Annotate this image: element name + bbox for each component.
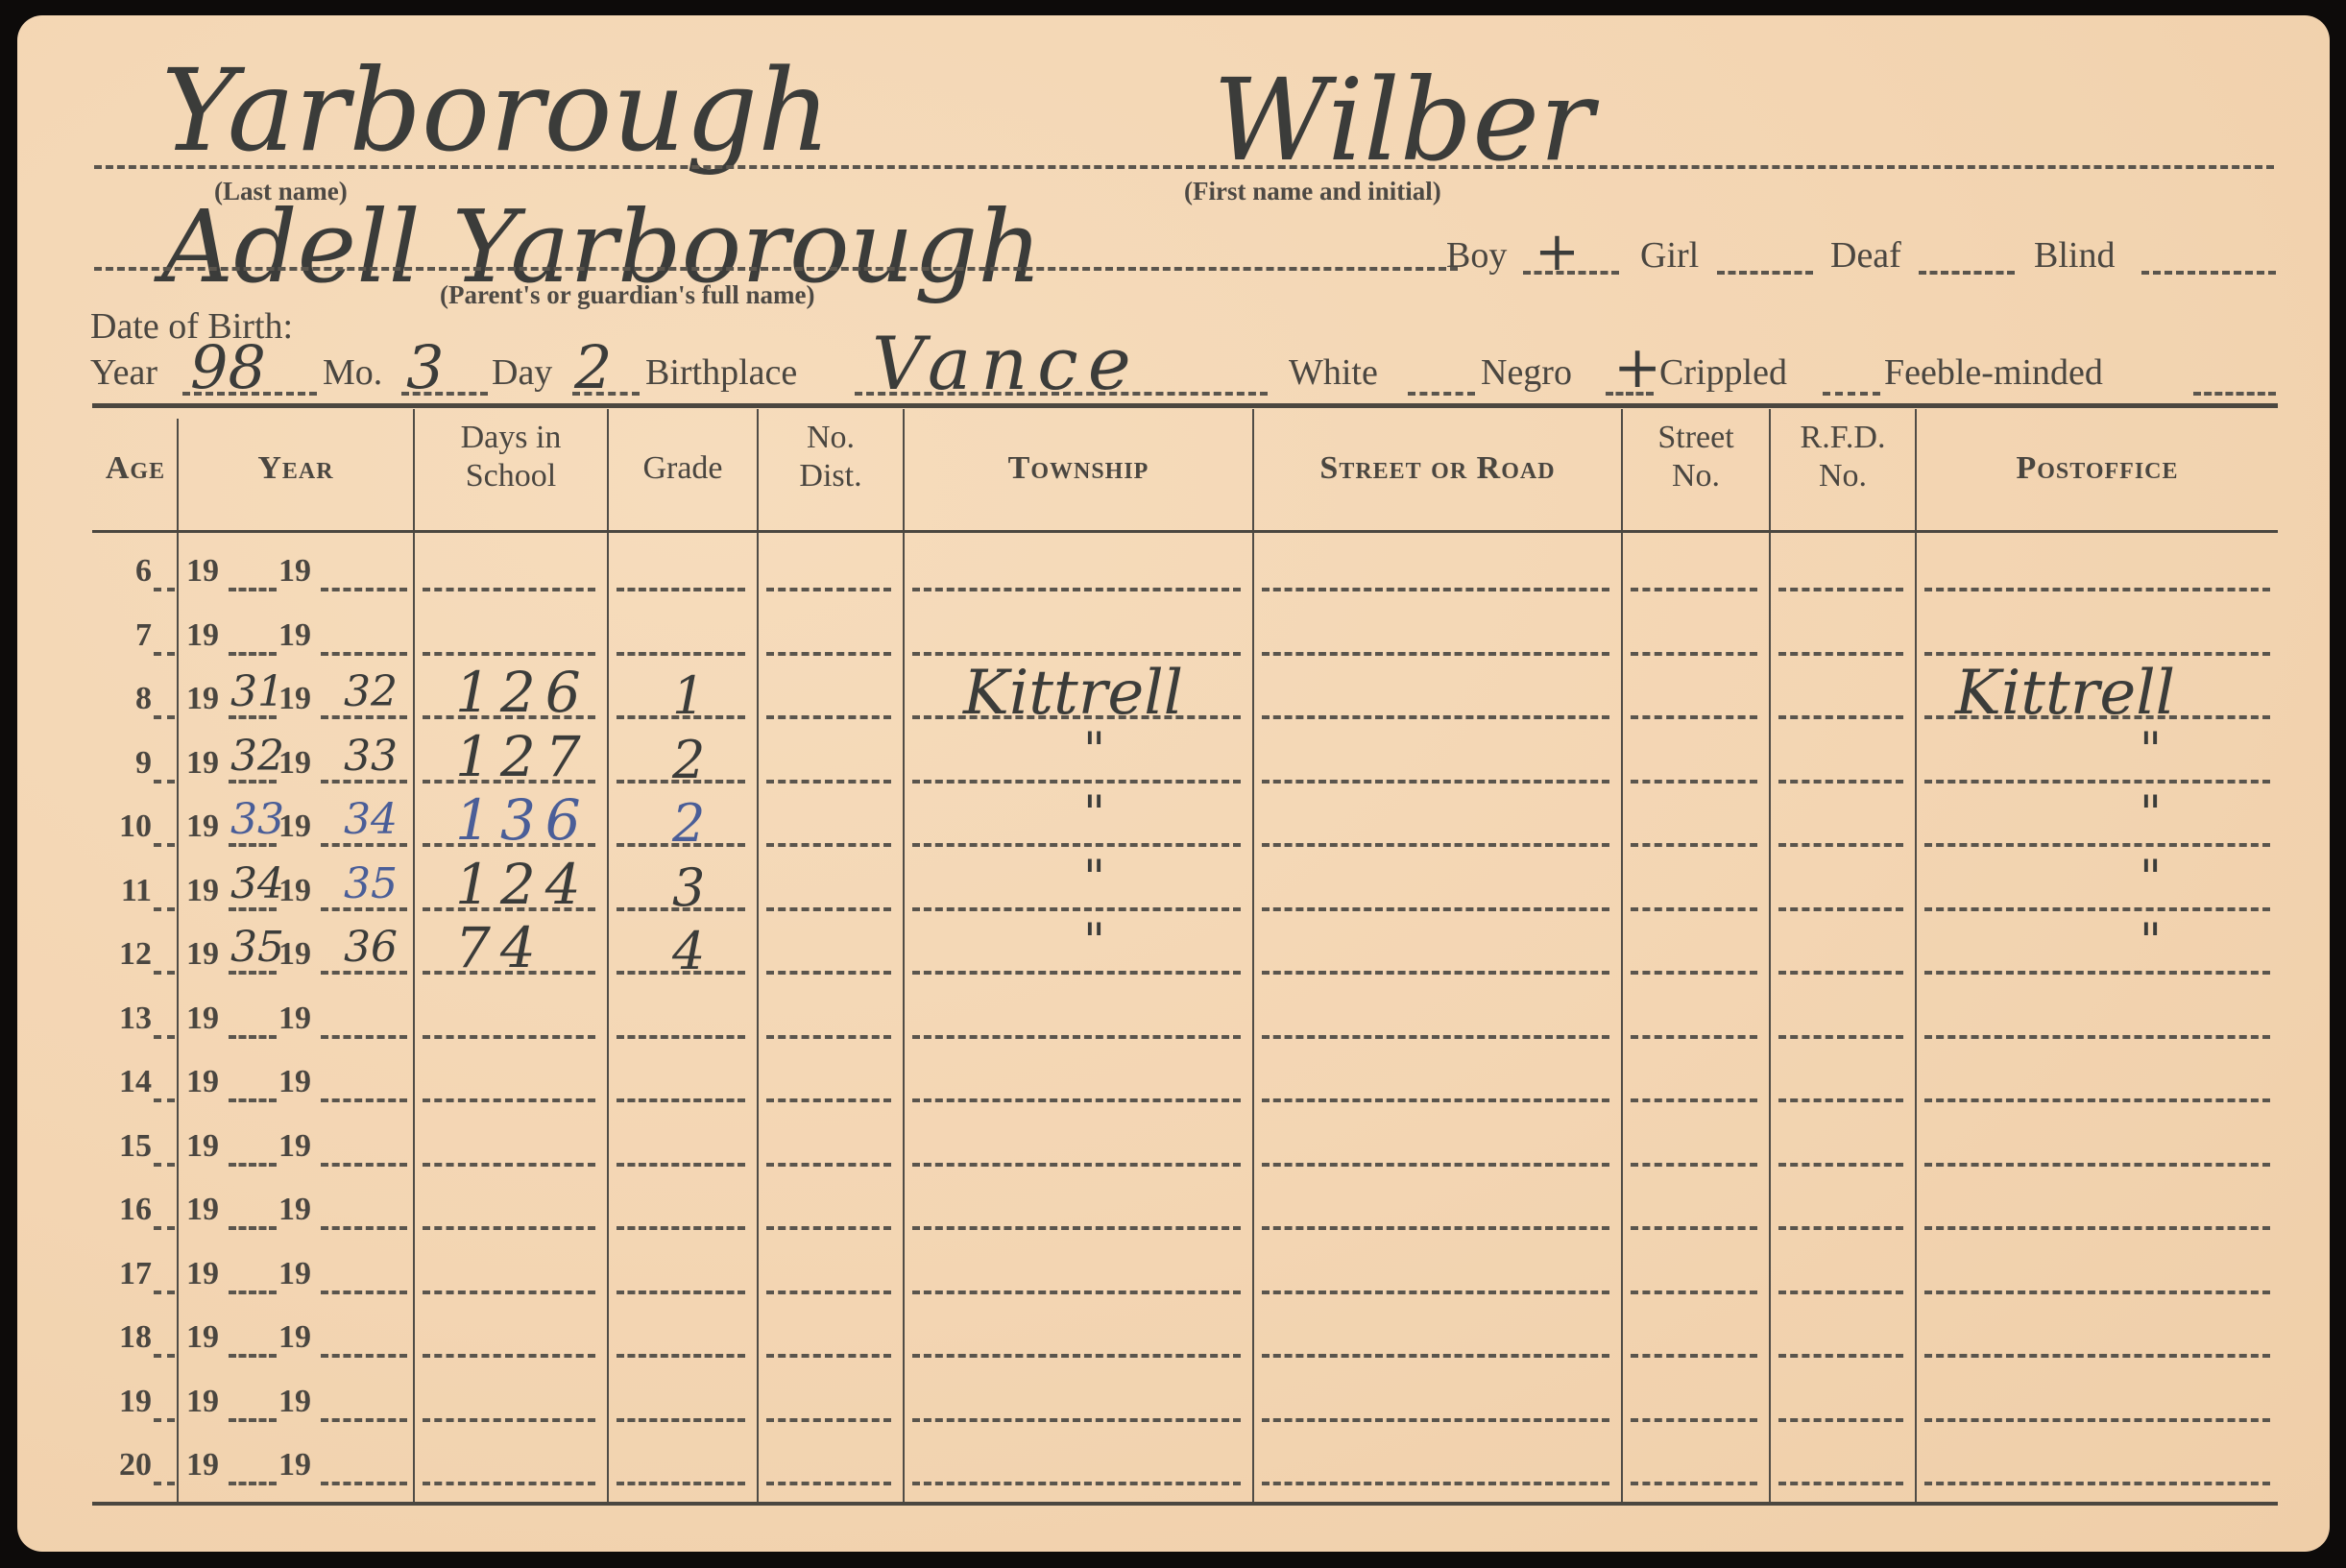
cell-blank: [912, 1482, 1241, 1485]
cell-blank: [1924, 1226, 2270, 1230]
cell-blank: [912, 780, 1241, 784]
cell-blank: [912, 843, 1241, 847]
year-to-value: 34: [344, 795, 398, 844]
age-cell: 12: [65, 936, 152, 973]
cell-blank: [1924, 652, 2270, 656]
cell-blank: [1778, 1482, 1903, 1485]
cell-blank: [912, 1354, 1241, 1358]
days-in-school-value: 136: [455, 787, 591, 853]
age-cell: 16: [65, 1192, 152, 1228]
field-white: White: [1289, 351, 1378, 394]
year-to-value: 36: [344, 923, 398, 972]
cell-blank: [1262, 588, 1609, 591]
year-from-blank: [229, 1291, 277, 1294]
col-divider: [1769, 409, 1771, 1504]
dob-year-blank: [182, 392, 317, 396]
cell-blank: [766, 715, 891, 719]
age-blank: [154, 1163, 175, 1167]
cell-blank: [912, 971, 1241, 975]
year-prefix-from: 19: [186, 1192, 219, 1228]
cell-blank: [1631, 1482, 1757, 1485]
cell-blank: [1262, 652, 1609, 656]
township-value: ": [1083, 722, 1105, 778]
cell-blank: [423, 1163, 595, 1167]
cell-blank: [766, 1163, 891, 1167]
year-to-value: 33: [344, 732, 398, 781]
cell-blank: [423, 1098, 595, 1102]
cell-blank: [1778, 907, 1903, 911]
cell-blank: [1924, 1354, 2270, 1358]
year-to-blank: [321, 1291, 407, 1294]
grade-value: 2: [672, 793, 705, 854]
year-to-blank: [321, 588, 407, 591]
year-from-blank: [229, 1098, 277, 1102]
year-prefix-from: 19: [186, 1447, 219, 1484]
col-divider: [1621, 409, 1623, 1504]
year-to-blank: [321, 1098, 407, 1102]
field-boy: Boy: [1446, 234, 1507, 277]
header-dist: No. Dist.: [759, 419, 903, 495]
cell-blank: [912, 1418, 1241, 1422]
school-census-card: Yarborough Wilber (Last name) (First nam…: [17, 15, 2330, 1552]
dob-day-blank: [572, 392, 640, 396]
cell-blank: [617, 1035, 745, 1039]
field-blind: Blind: [2034, 234, 2115, 277]
deaf-blank: [1919, 271, 2015, 275]
col-divider: [1915, 409, 1917, 1504]
field-negro: Negro: [1481, 351, 1572, 394]
year-prefix-to: 19: [278, 1064, 311, 1100]
cell-blank: [423, 1291, 595, 1294]
year-to-blank: [321, 1226, 407, 1230]
year-prefix-to: 19: [278, 553, 311, 590]
cell-blank: [617, 1163, 745, 1167]
cell-blank: [1778, 1354, 1903, 1358]
cell-blank: [1262, 1418, 1609, 1422]
year-from-blank: [229, 1482, 277, 1485]
year-from-value: 31: [230, 667, 284, 716]
days-in-school-value: 126: [455, 660, 591, 725]
township-value: ": [1083, 785, 1105, 841]
cell-blank: [1924, 907, 2270, 911]
year-to-blank: [321, 1163, 407, 1167]
cell-blank: [1924, 1098, 2270, 1102]
year-from-blank: [229, 1354, 277, 1358]
cell-blank: [1631, 971, 1757, 975]
postoffice-value: ": [2140, 850, 2162, 905]
cell-blank: [766, 652, 891, 656]
township-value: ": [1083, 913, 1105, 969]
cell-blank: [912, 1291, 1241, 1294]
cell-blank: [423, 1035, 595, 1039]
age-blank: [154, 1354, 175, 1358]
age-cell: 8: [65, 681, 152, 717]
cell-blank: [912, 1098, 1241, 1102]
dob-month-blank: [401, 392, 488, 396]
header-bottom-rule: [92, 530, 2278, 533]
cell-blank: [1262, 1291, 1609, 1294]
age-cell: 15: [65, 1128, 152, 1165]
cell-blank: [1924, 1163, 2270, 1167]
age-cell: 9: [65, 745, 152, 782]
year-prefix-to: 19: [278, 1128, 311, 1165]
cell-blank: [617, 588, 745, 591]
cell-blank: [1262, 1482, 1609, 1485]
age-cell: 18: [65, 1319, 152, 1356]
year-from-blank: [229, 588, 277, 591]
name-line: [94, 165, 2274, 169]
cell-blank: [766, 971, 891, 975]
header-year: Year: [179, 449, 413, 488]
last-name-value: Yarborough: [161, 44, 831, 177]
cell-blank: [1924, 588, 2270, 591]
cell-blank: [766, 780, 891, 784]
year-from-value: 32: [230, 732, 284, 781]
header-postoffice: Postoffice: [1917, 449, 2278, 488]
cell-blank: [1631, 1098, 1757, 1102]
cell-blank: [766, 907, 891, 911]
parent-line: [94, 267, 1458, 271]
year-prefix-from: 19: [186, 745, 219, 782]
cell-blank: [423, 588, 595, 591]
year-from-value: 35: [230, 923, 284, 972]
cell-blank: [766, 1354, 891, 1358]
col-divider: [1252, 409, 1254, 1504]
year-from-blank: [229, 1226, 277, 1230]
cell-blank: [1631, 1354, 1757, 1358]
cell-blank: [766, 1482, 891, 1485]
age-blank: [154, 843, 175, 847]
cell-blank: [1631, 715, 1757, 719]
year-prefix-from: 19: [186, 1064, 219, 1100]
age-blank: [154, 588, 175, 591]
col-divider: [903, 409, 905, 1504]
field-feeble-minded: Feeble-minded: [1884, 351, 2103, 394]
cell-blank: [1262, 971, 1609, 975]
cell-blank: [423, 1354, 595, 1358]
year-from-blank: [229, 1418, 277, 1422]
boy-blank: [1523, 271, 1619, 275]
cell-blank: [766, 843, 891, 847]
cell-blank: [1924, 1035, 2270, 1039]
year-to-blank: [321, 1035, 407, 1039]
age-blank: [154, 652, 175, 656]
first-name-caption: (First name and initial): [1184, 177, 1441, 206]
cell-blank: [1262, 1098, 1609, 1102]
blind-blank: [2141, 271, 2276, 275]
white-blank: [1408, 392, 1475, 396]
cell-blank: [1778, 971, 1903, 975]
grade-value: 3: [672, 857, 705, 918]
cell-blank: [1631, 1418, 1757, 1422]
cell-blank: [1631, 780, 1757, 784]
cell-blank: [1631, 652, 1757, 656]
cell-blank: [1262, 1035, 1609, 1039]
age-blank: [154, 1418, 175, 1422]
cell-blank: [766, 588, 891, 591]
cell-blank: [1924, 1291, 2270, 1294]
cell-blank: [1778, 1418, 1903, 1422]
cell-blank: [423, 652, 595, 656]
age-cell: 14: [65, 1064, 152, 1100]
cell-blank: [912, 652, 1241, 656]
year-to-value: 32: [344, 667, 398, 716]
year-from-blank: [229, 652, 277, 656]
cell-blank: [1778, 843, 1903, 847]
year-to-blank: [321, 1418, 407, 1422]
postoffice-value: Kittrell: [1955, 658, 2175, 729]
year-to-blank: [321, 1354, 407, 1358]
grade-value: 1: [672, 665, 705, 726]
cell-blank: [766, 1418, 891, 1422]
header-age: Age: [92, 449, 179, 488]
grade-value: 2: [672, 730, 705, 790]
header-rfd-no: R.F.D. No.: [1771, 419, 1915, 495]
cell-blank: [912, 907, 1241, 911]
grade-value: 4: [672, 921, 705, 981]
header-grade: Grade: [609, 449, 757, 488]
cell-blank: [1631, 843, 1757, 847]
header-days-in-school: Days in School: [415, 419, 607, 495]
township-value: ": [1083, 850, 1105, 905]
year-prefix-to: 19: [278, 1001, 311, 1037]
cell-blank: [1778, 652, 1903, 656]
age-cell: 19: [65, 1384, 152, 1420]
field-crippled: Crippled: [1659, 351, 1787, 394]
cell-blank: [1631, 1035, 1757, 1039]
cell-blank: [1778, 1163, 1903, 1167]
year-prefix-to: 19: [278, 1256, 311, 1292]
cell-blank: [1778, 1291, 1903, 1294]
days-in-school-value: 127: [455, 724, 591, 789]
cell-blank: [617, 1098, 745, 1102]
cell-blank: [1778, 780, 1903, 784]
age-blank: [154, 1226, 175, 1230]
cell-blank: [766, 1226, 891, 1230]
year-prefix-from: 19: [186, 1001, 219, 1037]
dob-year-label: Year: [90, 351, 157, 394]
year-prefix-from: 19: [186, 936, 219, 973]
postoffice-value: ": [2140, 913, 2162, 969]
cell-blank: [912, 588, 1241, 591]
cell-blank: [1778, 588, 1903, 591]
cell-blank: [1778, 1035, 1903, 1039]
cell-blank: [617, 652, 745, 656]
cell-blank: [1631, 1226, 1757, 1230]
year-prefix-to: 19: [278, 1384, 311, 1420]
col-divider: [607, 409, 609, 1504]
age-cell: 13: [65, 1001, 152, 1037]
year-prefix-from: 19: [186, 617, 219, 654]
cell-blank: [617, 1226, 745, 1230]
field-deaf: Deaf: [1830, 234, 1901, 277]
dob-month-label: Mo.: [323, 351, 382, 394]
cell-blank: [1631, 907, 1757, 911]
cell-blank: [1924, 780, 2270, 784]
cell-blank: [1924, 843, 2270, 847]
cell-blank: [912, 1226, 1241, 1230]
age-cell: 17: [65, 1256, 152, 1292]
year-to-blank: [321, 1482, 407, 1485]
birthplace-blank: [855, 392, 1268, 396]
cell-blank: [617, 1354, 745, 1358]
age-blank: [154, 907, 175, 911]
col-divider: [177, 419, 179, 1504]
year-prefix-from: 19: [186, 808, 219, 845]
postoffice-value: ": [2140, 785, 2162, 841]
col-divider: [413, 409, 415, 1504]
year-prefix-from: 19: [186, 1128, 219, 1165]
year-from-blank: [229, 1163, 277, 1167]
girl-blank: [1717, 271, 1813, 275]
cell-blank: [1631, 1163, 1757, 1167]
year-prefix-to: 19: [278, 1447, 311, 1484]
header-top-rule: [92, 403, 2278, 408]
year-to-value: 35: [344, 859, 398, 908]
cell-blank: [1262, 715, 1609, 719]
cell-blank: [1631, 588, 1757, 591]
cell-blank: [1778, 1226, 1903, 1230]
year-prefix-from: 19: [186, 1319, 219, 1356]
cell-blank: [617, 1482, 745, 1485]
cell-blank: [912, 1035, 1241, 1039]
cell-blank: [1262, 1163, 1609, 1167]
year-from-value: 33: [230, 795, 284, 844]
header-street-no: Street No.: [1623, 419, 1769, 495]
year-from-blank: [229, 1035, 277, 1039]
negro-blank: [1606, 392, 1654, 396]
age-blank: [154, 1035, 175, 1039]
age-cell: 7: [65, 617, 152, 654]
year-to-blank: [321, 652, 407, 656]
birthplace-label: Birthplace: [645, 351, 797, 394]
age-cell: 10: [65, 808, 152, 845]
year-prefix-to: 19: [278, 617, 311, 654]
cell-blank: [1262, 843, 1609, 847]
year-prefix-from: 19: [186, 873, 219, 909]
year-prefix-from: 19: [186, 1256, 219, 1292]
cell-blank: [1262, 907, 1609, 911]
days-in-school-value: 124: [455, 852, 591, 917]
year-prefix-from: 19: [186, 681, 219, 717]
cell-blank: [1778, 1098, 1903, 1102]
age-cell: 6: [65, 553, 152, 590]
cell-blank: [423, 1418, 595, 1422]
year-from-value: 34: [230, 859, 284, 908]
age-blank: [154, 780, 175, 784]
parent-caption: (Parent's or guardian's full name): [440, 280, 815, 310]
header-township: Township: [905, 449, 1252, 488]
cell-blank: [1778, 715, 1903, 719]
age-blank: [154, 1482, 175, 1485]
age-cell: 11: [65, 873, 152, 909]
cell-blank: [617, 1418, 745, 1422]
col-divider: [757, 409, 759, 1504]
cell-blank: [423, 1482, 595, 1485]
cell-blank: [766, 1035, 891, 1039]
year-prefix-from: 19: [186, 1384, 219, 1420]
dob-day-label: Day: [492, 351, 552, 394]
age-blank: [154, 715, 175, 719]
cell-blank: [1262, 780, 1609, 784]
cell-blank: [617, 1291, 745, 1294]
township-value: Kittrell: [963, 658, 1183, 729]
days-in-school-value: 74: [455, 915, 545, 980]
age-cell: 20: [65, 1447, 152, 1484]
cell-blank: [1262, 1354, 1609, 1358]
age-blank: [154, 1291, 175, 1294]
crippled-blank: [1823, 392, 1880, 396]
cell-blank: [423, 1226, 595, 1230]
table-bottom-rule: [92, 1502, 2278, 1506]
feeble-minded-blank: [2193, 392, 2276, 396]
header-street-or-road: Street or Road: [1254, 449, 1621, 488]
cell-blank: [1924, 971, 2270, 975]
postoffice-value: ": [2140, 722, 2162, 778]
field-girl: Girl: [1640, 234, 1699, 277]
age-blank: [154, 971, 175, 975]
cell-blank: [912, 1163, 1241, 1167]
cell-blank: [766, 1098, 891, 1102]
cell-blank: [766, 1291, 891, 1294]
year-prefix-from: 19: [186, 553, 219, 590]
age-blank: [154, 1098, 175, 1102]
cell-blank: [1924, 1482, 2270, 1485]
cell-blank: [1924, 1418, 2270, 1422]
year-prefix-to: 19: [278, 1319, 311, 1356]
cell-blank: [1262, 1226, 1609, 1230]
cell-blank: [1631, 1291, 1757, 1294]
year-prefix-to: 19: [278, 1192, 311, 1228]
